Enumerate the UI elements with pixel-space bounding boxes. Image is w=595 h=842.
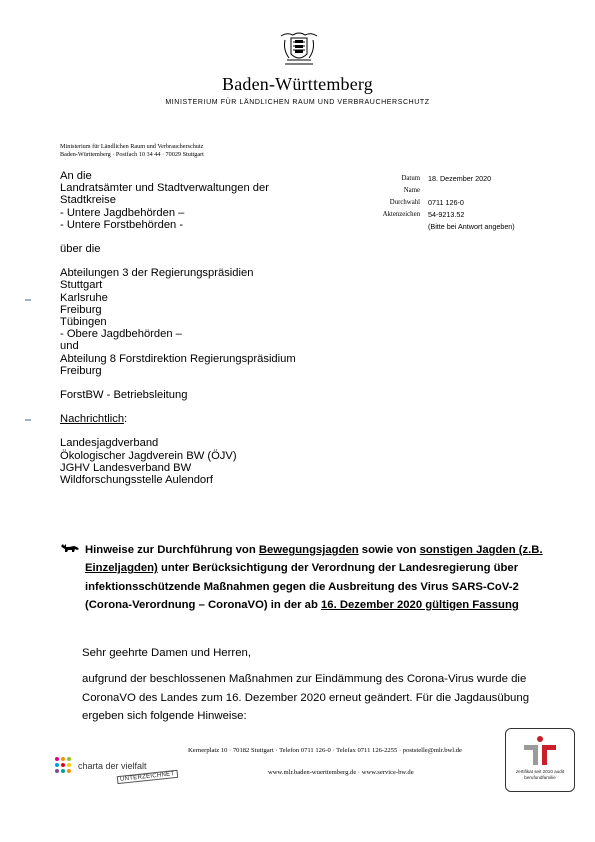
sender-line-1: Ministerium für Ländlichen Raum und Verb… [60,143,204,151]
brand-name: Baden-Württemberg [0,74,595,95]
recipient-line: Landratsämter und Stadtverwaltungen der [60,182,296,194]
charta-stamp: UNTERZEICHNET [117,770,178,784]
nachrichtlich-label: Nachrichtlich [60,413,124,425]
footer-web: www.mlr.baden-wuerttemberg.de · www.serv… [268,769,414,776]
recipient-line: Karlsruhe [60,292,296,304]
sender-line-2: Baden-Württemberg · Postfach 10 34 44 · … [60,151,204,159]
cc-line: Ökologischer Jagdverein BW (ÖJV) [60,450,296,462]
meta-row-file-number: Aktenzeichen 54-9213.52 [350,208,515,220]
recipient-an-die: An die [60,170,296,182]
ministry-name: MINISTERIUM FÜR LÄNDLICHEN RAUM UND VERB… [0,99,595,106]
subject-date: 16. Dezember 2020 gültigen Fassung [321,599,519,611]
recipient-line: - Untere Forstbehörden - [60,219,296,231]
meta-row-phone: Durchwahl 0711 126-0 [350,196,515,208]
charta-text: charta der vielfalt [78,761,147,771]
recipient-block: An die Landratsämter und Stadtverwaltung… [60,170,296,486]
meta-row-note: (Bitte bei Antwort angeben) [350,220,515,232]
recipient-line: Freiburg [60,365,296,377]
certificate-icon [522,735,558,767]
nachrichtlich-heading: Nachrichtlich: [60,413,296,425]
charta-dots-icon [55,757,75,777]
audit-berufundfamilie-badge: zertifikat seit 2010 audit berufundfamil… [505,728,575,792]
coat-of-arms-icon [279,30,319,68]
cc-line: Landesjagdverband [60,437,296,449]
meta-row-name: Name [350,184,515,196]
deer-icon [60,544,80,553]
sender-line: Ministerium für Ländlichen Raum und Verb… [60,143,204,159]
letter-meta: Datum 18. Dezember 2020 Name Durchwahl 0… [350,172,515,232]
recipient-line: Abteilung 8 Forstdirektion Regierungsprä… [60,353,296,365]
recipient-line: Stadtkreise [60,194,296,206]
body-paragraph: aufgrund der beschlossenen Maßnahmen zur… [82,670,552,725]
recipient-ueber-die: über die [60,243,296,255]
charta-der-vielfalt-logo: charta der vielfalt UNTERZEICHNET [55,757,180,787]
meta-row-date: Datum 18. Dezember 2020 [350,172,515,184]
cc-line: JGHV Landesverband BW [60,462,296,474]
recipient-line: - Untere Jagdbehörden – [60,207,296,219]
recipient-line: Tübingen [60,316,296,328]
cert-text: zertifikat seit 2010 audit berufundfamil… [506,769,574,781]
footer-address: Kernerplatz 10 · 70182 Stuttgart · Telef… [180,745,470,756]
recipient-line: und [60,340,296,352]
salutation: Sehr geehrte Damen und Herren, [82,644,552,662]
subject: Hinweise zur Durchführung von Bewegungsj… [85,541,545,614]
fold-mark [25,419,31,421]
cc-line: Wildforschungsstelle Aulendorf [60,474,296,486]
recipient-line: Freiburg [60,304,296,316]
recipient-line: Abteilungen 3 der Regierungspräsidien [60,267,296,279]
recipient-line: Stuttgart [60,279,296,291]
recipient-forst: ForstBW - Betriebsleitung [60,389,296,401]
recipient-line: - Obere Jagdbehörden – [60,328,296,340]
subject-bewegungsjagden: Bewegungsjagden [259,544,359,556]
fold-mark [25,299,31,301]
letter-body: Sehr geehrte Damen und Herren, aufgrund … [82,644,552,726]
